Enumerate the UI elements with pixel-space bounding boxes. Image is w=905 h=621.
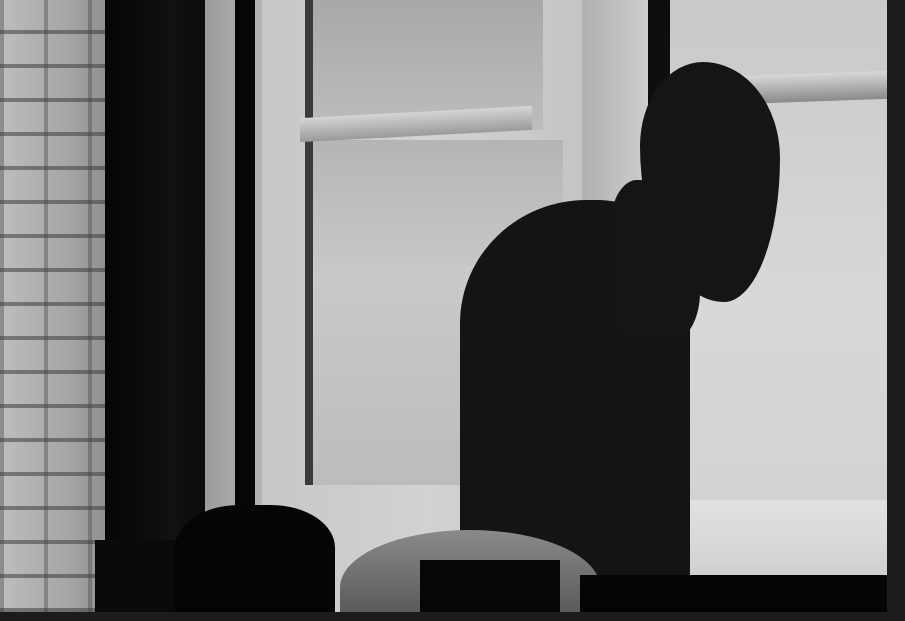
chair-back-left <box>175 505 335 612</box>
photograph <box>0 0 887 612</box>
foreground-dark <box>580 575 887 612</box>
chair-center-shadow <box>420 560 560 612</box>
foreground-shadow <box>95 540 185 612</box>
brick-wall <box>0 0 115 612</box>
